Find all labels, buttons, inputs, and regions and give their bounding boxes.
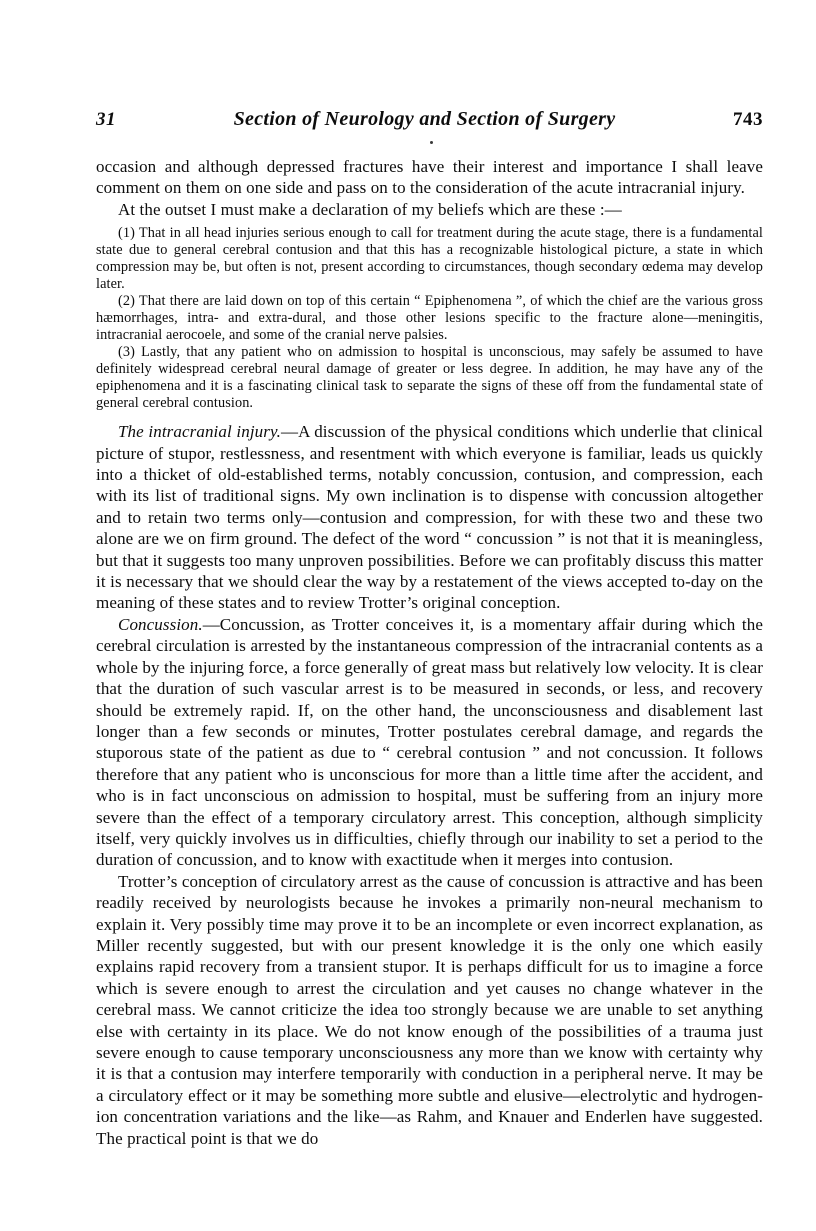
belief-item-1-number: (1): [118, 225, 135, 241]
trotter-paragraph: Trotter’s conception of circulatory arre…: [96, 871, 763, 1149]
intracranial-injury-paragraph: The intracranial injury.—A discussion of…: [96, 421, 763, 614]
scan-artifact-dot: [430, 141, 433, 144]
concussion-text: —Concussion, as Trotter conceives it, is…: [96, 615, 763, 869]
running-head: 31 Section of Neurology and Section of S…: [96, 108, 763, 131]
page-number: 743: [733, 109, 763, 131]
belief-item-1: (1) That in all head injuries serious en…: [96, 225, 763, 293]
concussion-lead: Concussion.: [118, 615, 203, 634]
belief-item-2-text: That there are laid down on top of this …: [96, 293, 763, 343]
intracranial-injury-lead: The intracranial injury.: [118, 422, 281, 441]
declaration-paragraph: At the outset I must make a declaration …: [96, 199, 763, 220]
beliefs-list: (1) That in all head injuries serious en…: [96, 225, 763, 412]
section-title: Section of Neurology and Section of Surg…: [116, 108, 733, 131]
belief-item-2-number: (2): [118, 293, 135, 309]
intracranial-injury-text: —A discussion of the physical conditions…: [96, 422, 763, 612]
leaf-number: 31: [96, 109, 116, 131]
document-page: 31 Section of Neurology and Section of S…: [0, 0, 816, 1231]
belief-item-3: (3) Lastly, that any patient who on admi…: [96, 344, 763, 412]
continuation-paragraph: occasion and although depressed fracture…: [96, 156, 763, 199]
belief-item-2: (2) That there are laid down on top of t…: [96, 293, 763, 344]
concussion-paragraph: Concussion.—Concussion, as Trotter conce…: [96, 614, 763, 871]
belief-item-3-text: Lastly, that any patient who on admissio…: [96, 344, 763, 411]
belief-item-3-number: (3): [118, 344, 135, 360]
belief-item-1-text: That in all head injuries serious enough…: [96, 225, 763, 292]
